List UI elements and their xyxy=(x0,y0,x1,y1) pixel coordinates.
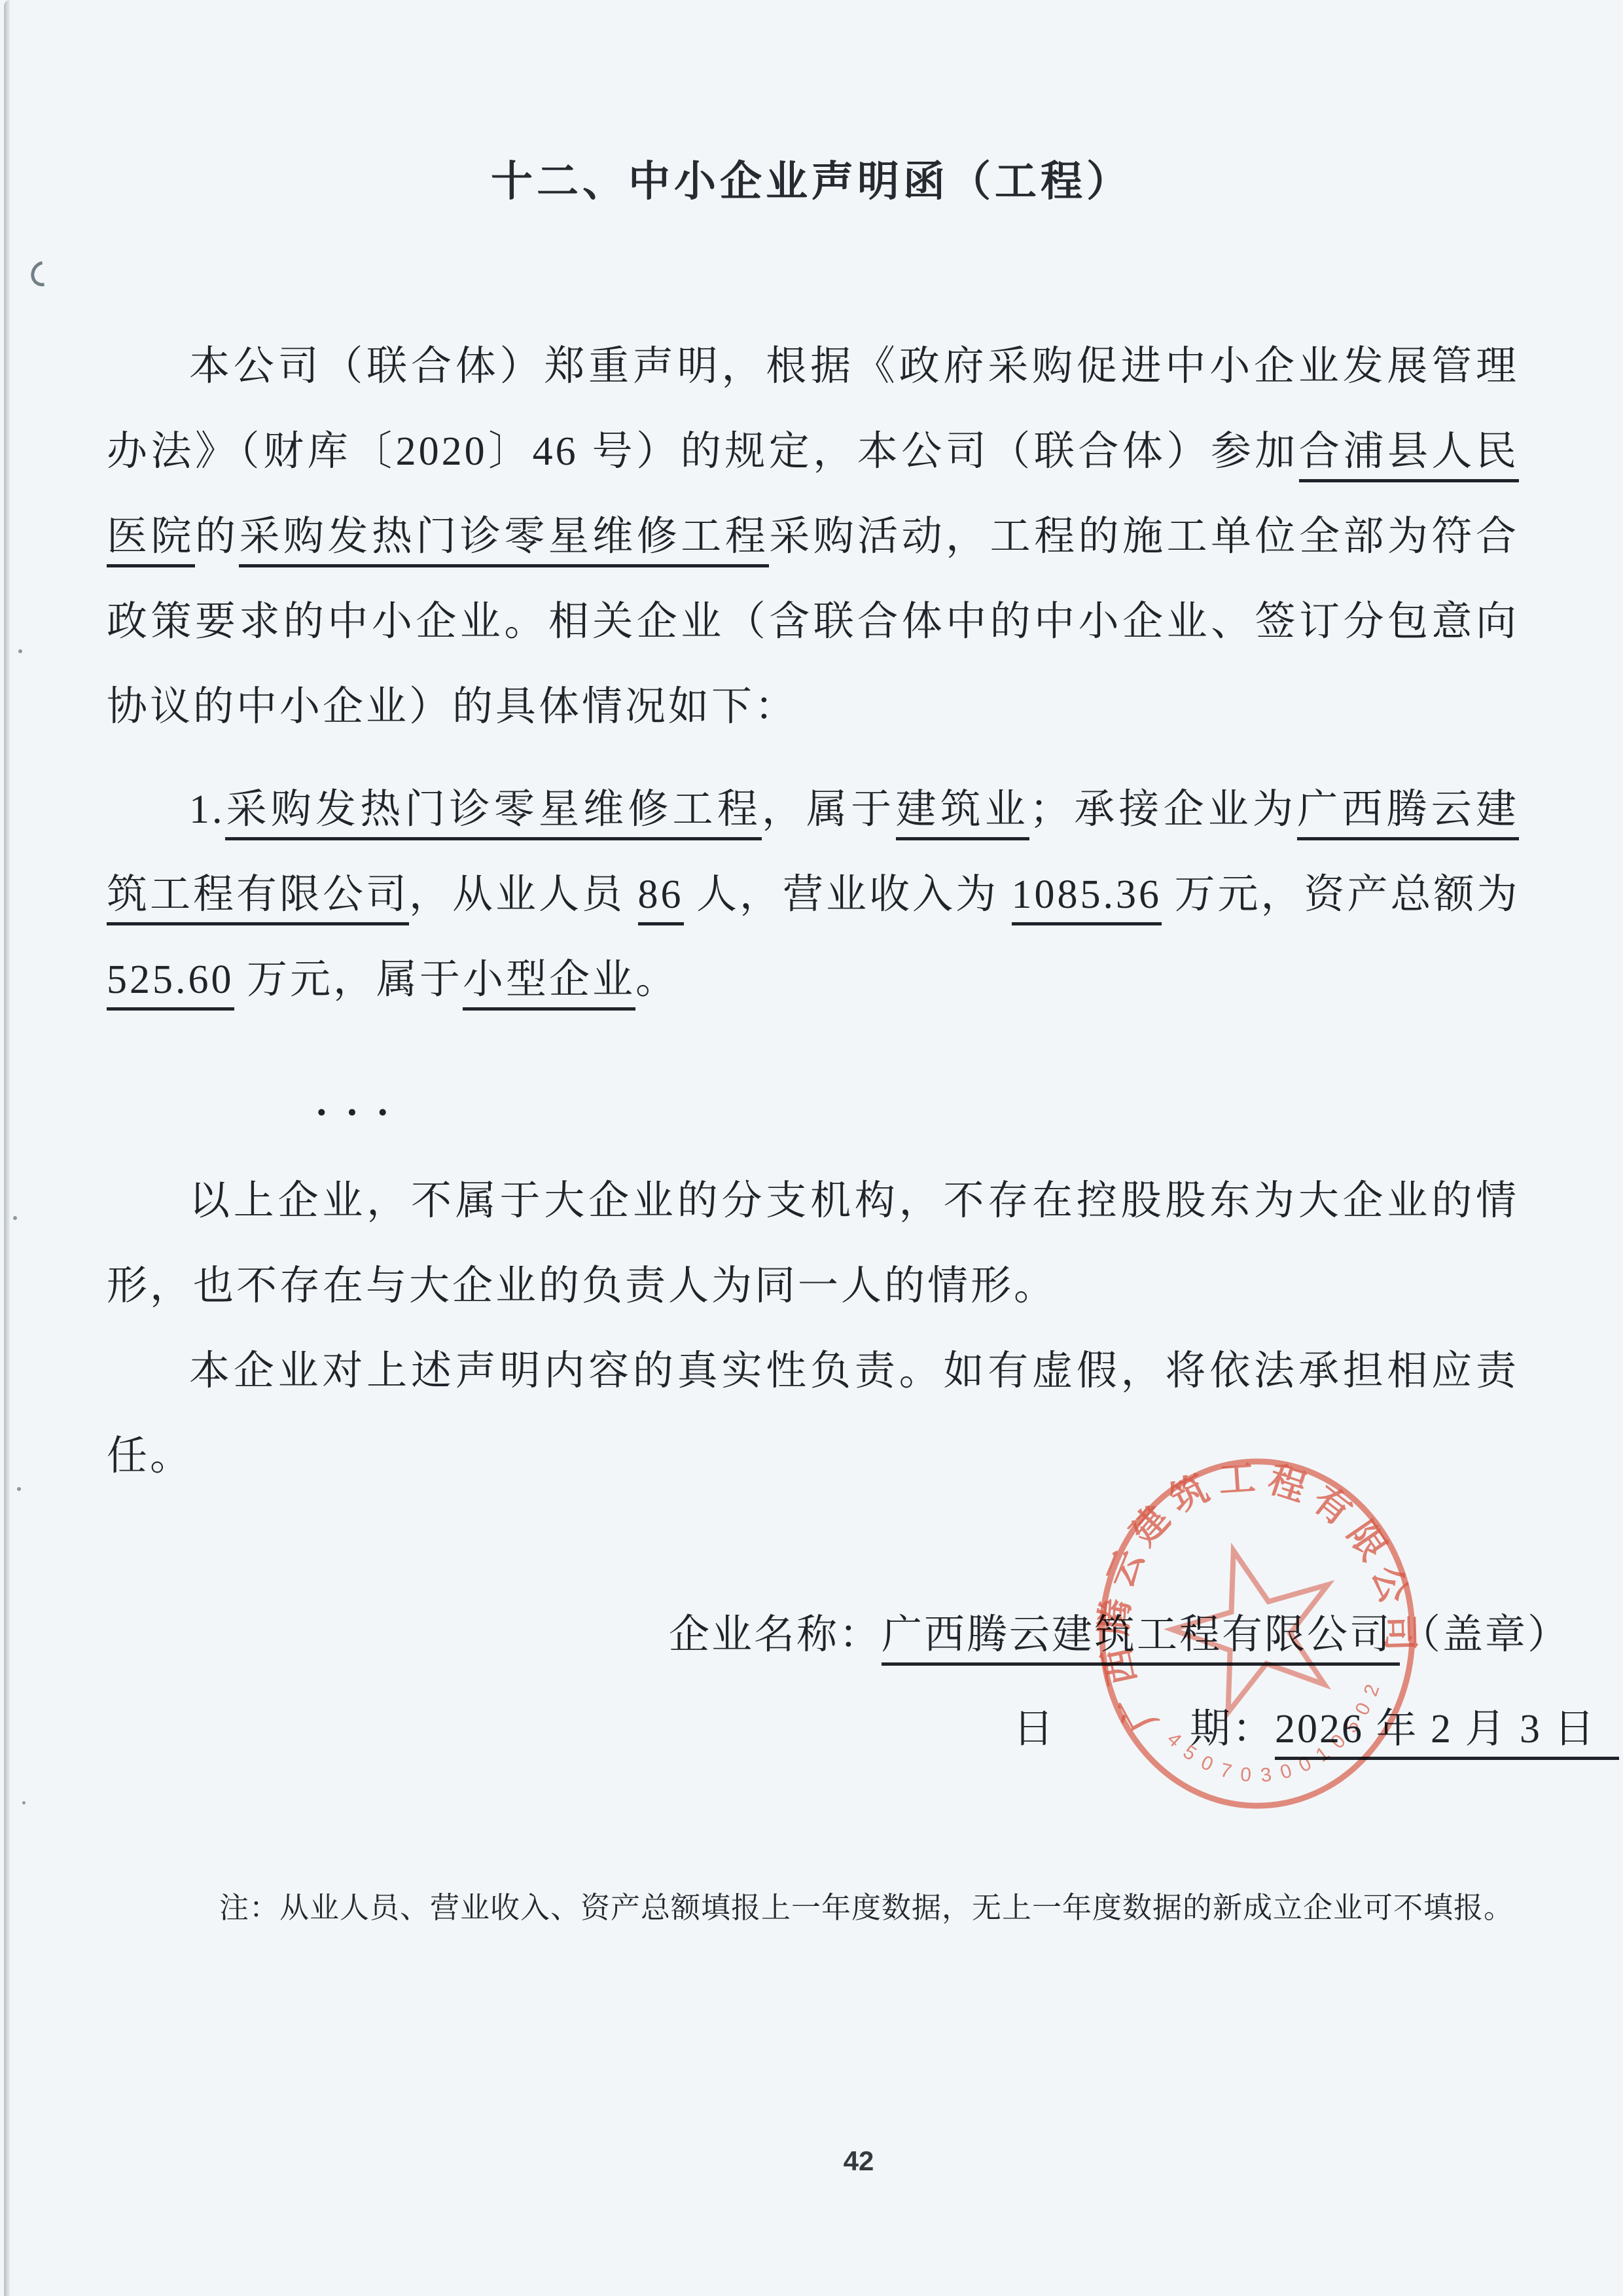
body-text: 1. xyxy=(189,787,225,832)
body-text: 办法》（财库〔2020〕46 号）的规定，本公司（联合体）参加 xyxy=(107,429,1299,474)
company-name-label: 企业名称： xyxy=(669,1613,882,1657)
underlined-text: 建筑业 xyxy=(896,787,1030,840)
underlined-text: 小型企业 xyxy=(463,958,635,1011)
date-label-right: 期： xyxy=(1190,1707,1275,1751)
underlined-text: 合浦县人民 xyxy=(1299,429,1519,482)
ellipsis-line: ··· xyxy=(107,1070,1519,1155)
underlined-text: 筑工程有限公司 xyxy=(107,872,409,925)
body-text: 以上企业，不属于大企业的分支机构，不存在控股股东为大企业的情 xyxy=(189,1179,1519,1223)
body-text: 本企业对上述声明内容的真实性负责。如有虚假，将依法承担相应责 xyxy=(189,1349,1519,1393)
body-line: 以上企业，不属于大企业的分支机构，不存在控股股东为大企业的情 xyxy=(107,1158,1519,1244)
body-line: 形，也不存在与大企业的负责人为同一人的情形。 xyxy=(107,1244,1519,1329)
scanned-document-page: 十二、中小企业声明函（工程） 本公司（联合体）郑重声明，根据《政府采购促进中小企… xyxy=(0,0,1623,2296)
date-label-left: 日 xyxy=(1013,1707,1056,1751)
body-text: 任。 xyxy=(107,1434,193,1479)
scan-artifact xyxy=(13,1216,17,1220)
company-name-value: 广西腾云建筑工程有限公司 xyxy=(882,1613,1400,1666)
body-text: ，从业人员 xyxy=(409,872,638,917)
body-text: 的 xyxy=(195,514,239,559)
body-text: 采购活动，工程的施工单位全部为符合 xyxy=(769,514,1519,559)
signature-company-line: 企业名称：广西腾云建筑工程有限公司（盖章） xyxy=(669,1592,1570,1677)
body-text: ，属于 xyxy=(762,787,896,832)
scan-artifact xyxy=(22,1801,26,1804)
body-text: 万元，属于 xyxy=(234,958,463,1002)
body-text: 本公司（联合体）郑重声明，根据《政府采购促进中小企业发展管理 xyxy=(189,344,1519,389)
underlined-text: 1085.36 xyxy=(1012,872,1162,925)
document-title: 十二、中小企业声明函（工程） xyxy=(0,149,1623,215)
body-line: 525.60 万元，属于小型企业。 xyxy=(107,937,1519,1022)
page-number: 42 xyxy=(826,2145,891,2177)
scan-artifact xyxy=(17,1487,21,1491)
underlined-text: 广西腾云建 xyxy=(1297,787,1519,840)
body-text: 协议的中小企业）的具体情况如下： xyxy=(107,685,798,729)
body-line: 医院的采购发热门诊零星维修工程采购活动，工程的施工单位全部为符合 xyxy=(107,494,1519,579)
signature-date-line: 日期：2026 年 2 月 3 日 xyxy=(1013,1687,1619,1772)
body-text: 形，也不存在与大企业的负责人为同一人的情形。 xyxy=(107,1264,1057,1308)
body-line: 任。 xyxy=(107,1414,1519,1499)
body-text: 万元，资产总额为 xyxy=(1162,872,1520,917)
underlined-text: 采购发热门诊零星维修工程 xyxy=(225,787,762,840)
underlined-text: 医院 xyxy=(107,514,195,567)
body-line: 本公司（联合体）郑重声明，根据《政府采购促进中小企业发展管理 xyxy=(107,324,1519,409)
company-seal-suffix: （盖章） xyxy=(1400,1613,1570,1657)
body-line: 本企业对上述声明内容的真实性负责。如有虚假，将依法承担相应责 xyxy=(107,1329,1519,1414)
body-line: 政策要求的中小企业。相关企业（含联合体中的中小企业、签订分包意向 xyxy=(107,579,1519,664)
body-line: 办法》（财库〔2020〕46 号）的规定，本公司（联合体）参加合浦县人民 xyxy=(107,409,1519,494)
body-line: 协议的中小企业）的具体情况如下： xyxy=(107,664,1519,749)
date-value: 2026 年 2 月 3 日 xyxy=(1275,1707,1619,1760)
underlined-text: 86 xyxy=(638,872,684,925)
underlined-text: 525.60 xyxy=(107,958,234,1011)
body-text: 。 xyxy=(635,958,679,1002)
ellipsis-dots: ··· xyxy=(315,1090,406,1135)
footnote: 注：从业人员、营业收入、资产总额填报上一年度数据，无上一年度数据的新成立企业可不… xyxy=(219,1885,1514,1931)
document-body: 本公司（联合体）郑重声明，根据《政府采购促进中小企业发展管理 办法》（财库〔20… xyxy=(107,324,1519,1499)
body-line: 1.采购发热门诊零星维修工程，属于建筑业；承接企业为广西腾云建 xyxy=(107,767,1519,852)
scan-artifact xyxy=(18,649,22,653)
body-line: 筑工程有限公司，从业人员 86 人，营业收入为 1085.36 万元，资产总额为 xyxy=(107,852,1519,937)
body-text: ；承接企业为 xyxy=(1029,787,1297,832)
body-text: 人，营业收入为 xyxy=(684,872,1012,917)
underlined-text: 采购发热门诊零星维修工程 xyxy=(239,514,769,567)
scan-edge-shadow xyxy=(4,0,10,2296)
body-text: 政策要求的中小企业。相关企业（含联合体中的中小企业、签订分包意向 xyxy=(107,600,1519,644)
scan-artifact xyxy=(26,256,60,291)
